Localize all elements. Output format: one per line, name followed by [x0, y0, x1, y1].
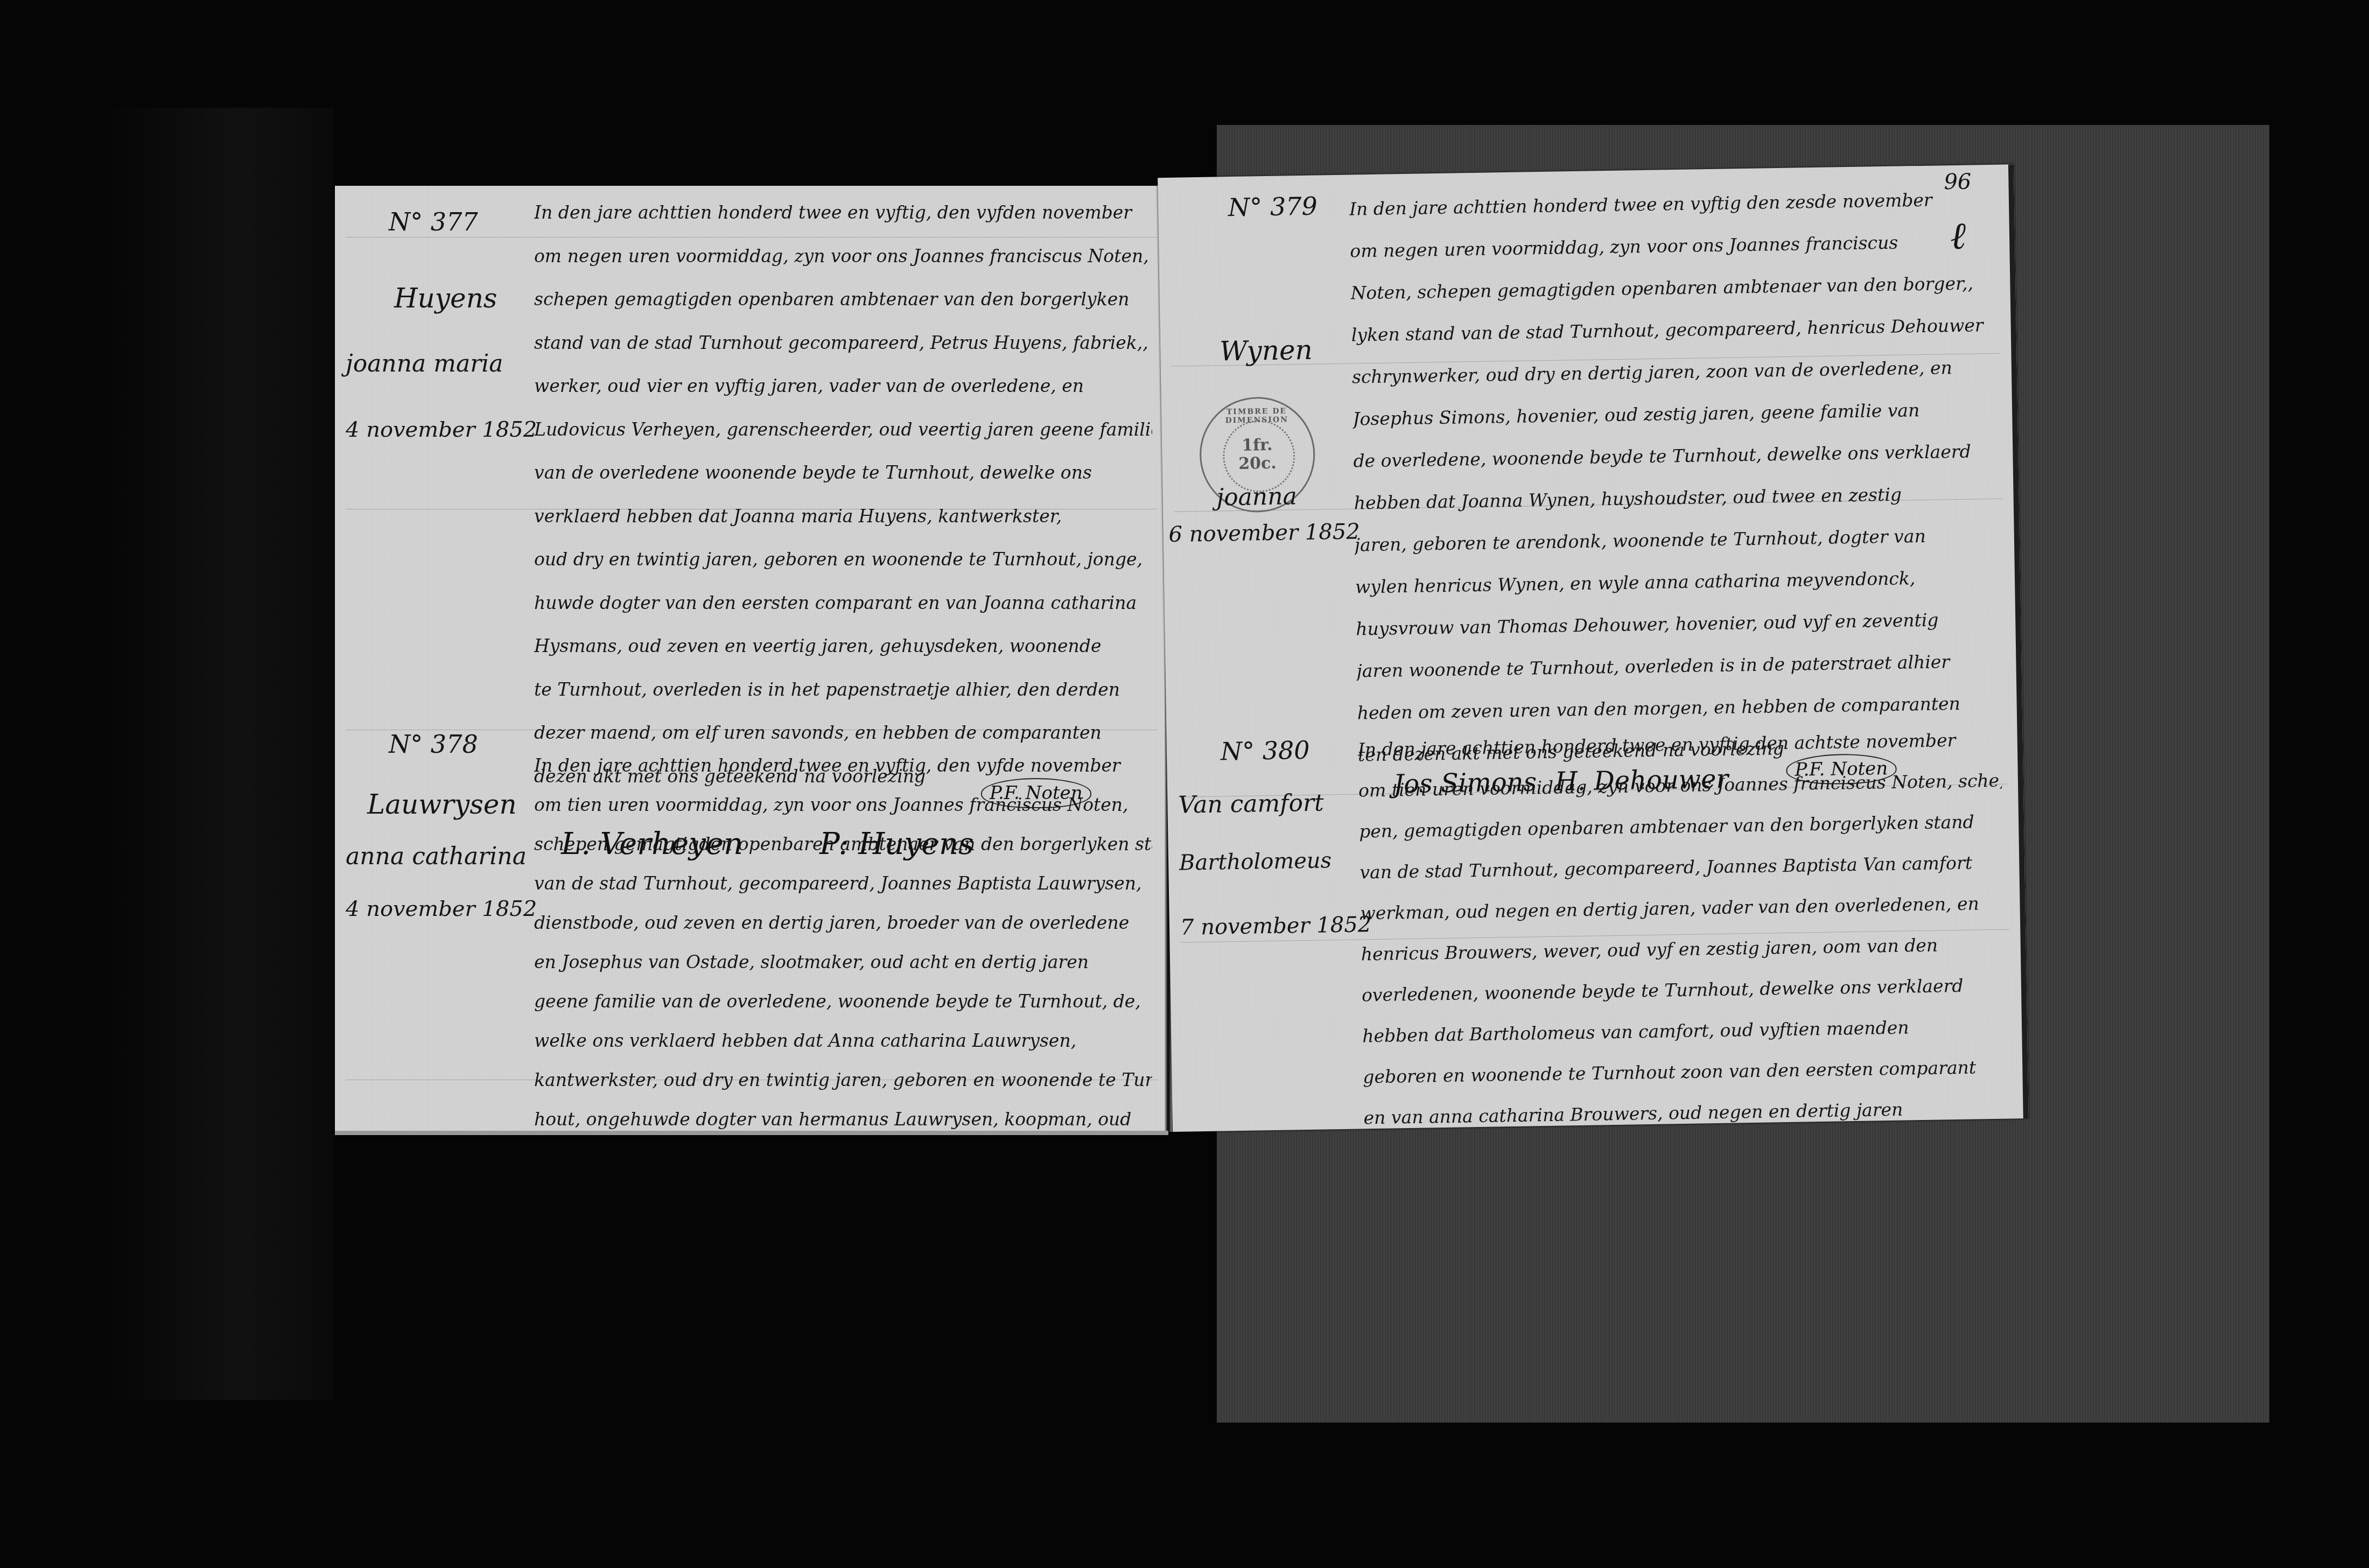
entry-line: stand van de stad Turnhout gecompareerd,… — [534, 321, 1152, 365]
entry-line: huwde dogter van den eersten comparant e… — [534, 582, 1152, 625]
entry-text: In den jare achttien honderd twee en vyf… — [534, 191, 1152, 798]
entry-number: N° 378 — [389, 730, 478, 759]
page-bottom-edge — [335, 1131, 1168, 1135]
entry-line: verklaerd hebben dat Joanna maria Huyens… — [534, 495, 1152, 538]
stamp-value-centimes: 20c. — [1201, 454, 1314, 474]
margin-given-names: joanna — [1216, 482, 1297, 511]
stamp-value: 1fr. 20c. — [1201, 436, 1314, 474]
entry-text: In den jare achttien honderd twee en vyf… — [1357, 719, 2010, 1132]
register-page-left: N° 377 Huyens joanna maria 4 november 18… — [335, 186, 1168, 1132]
entry-line: kantwerkster, oud dry en twintig jaren, … — [534, 1060, 1152, 1100]
entry-line: om negen uren voormiddag, zyn voor ons J… — [534, 235, 1152, 278]
entry-line: Hysmans, oud zeven en veertig jaren, geh… — [534, 625, 1152, 668]
entry-line: geene familie van de overledene, woonend… — [534, 982, 1152, 1021]
margin-surname: Lauwrysen — [367, 789, 517, 820]
entry-line: hout, ongehuwde dogter van hermanus Lauw… — [534, 1100, 1152, 1132]
entry-line: van de overledene woonende beyde te Turn… — [534, 451, 1152, 495]
entry-line: schepen gemagtigden openbaren ambtenaer … — [534, 278, 1152, 321]
margin-date: 4 november 1852 — [346, 417, 537, 442]
margin-surname: Wynen — [1219, 334, 1313, 367]
entry-line: werker, oud vier en vyftig jaren, vader … — [534, 365, 1152, 408]
margin-given-names: Bartholomeus — [1179, 848, 1332, 875]
margin-date: 7 november 1852 — [1180, 912, 1372, 940]
entry-line: dienstbode, oud zeven en dertig jaren, b… — [534, 903, 1152, 942]
stamp-value-francs: 1fr. — [1201, 436, 1314, 456]
margin-date: 4 november 1852 — [346, 897, 537, 921]
margin-surname: Van camfort — [1178, 789, 1324, 819]
margin-given-names: anna catharina — [346, 843, 527, 870]
entry-number: N° 380 — [1220, 736, 1309, 766]
entry-text: In den jare achttien honderd twee en vyf… — [1349, 178, 2002, 776]
margin-date: 6 november 1852 — [1168, 519, 1360, 547]
entry-number: N° 377 — [389, 207, 478, 236]
entry-line: oud dry en twintig jaren, geboren en woo… — [534, 538, 1152, 582]
scan-background-left — [97, 108, 334, 1400]
register-page-right: 96 ℓ N° 379 Wynen TIMBRE DE DIMENSION 1f… — [1158, 164, 2029, 1132]
entry-line: In den jare achttien honderd twee en vyf… — [534, 746, 1152, 785]
entry-line: te Turnhout, overleden is in het papenst… — [534, 668, 1152, 712]
entry-line: In den jare achttien honderd twee en vyf… — [534, 191, 1152, 235]
entry-text: In den jare achttien honderd twee en vyf… — [534, 746, 1152, 1132]
entry-line: om tien uren voormiddag, zyn voor ons Jo… — [534, 785, 1152, 824]
entry-number: N° 379 — [1228, 192, 1317, 222]
margin-given-names: joanna maria — [346, 350, 503, 377]
entry-line: welke ons verklaerd hebben dat Anna cath… — [534, 1021, 1152, 1060]
entry-line: en Josephus van Ostade, slootmaker, oud … — [534, 942, 1152, 982]
entry-line: Ludovicus Verheyen, garenscheerder, oud … — [534, 408, 1152, 452]
stamp-ring-text: TIMBRE DE DIMENSION — [1201, 407, 1313, 425]
entry-line: schepen gemagtigden openbaren ambtenaer … — [534, 824, 1152, 864]
entry-line: van de stad Turnhout, gecompareerd, Joan… — [534, 864, 1152, 903]
margin-surname: Huyens — [394, 283, 497, 314]
